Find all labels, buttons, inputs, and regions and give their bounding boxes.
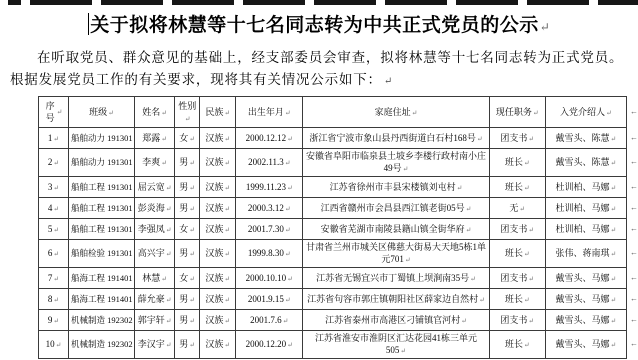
- table-cell: 汉族↵: [200, 289, 236, 310]
- table-row: 2↵船舶动力 191301↵李爽↵男↵汉族↵2002.11.3↵安徽省阜阳市临泉…: [39, 149, 627, 177]
- document-title-row: 关于拟将林慧等十七名同志转为中共正式党员的公示↵: [0, 10, 638, 37]
- cell-end-mark: ↵: [166, 317, 172, 325]
- table-cell: 机械制造 192302↵: [69, 310, 135, 331]
- table-cell: 郑露↵: [135, 128, 175, 149]
- table-row: 4↵船舶工程 191301↵彭炎海↵男↵汉族↵2000.3.12↵江西省赣州市会…: [39, 198, 627, 219]
- table-cell-text: 团支书: [500, 224, 527, 234]
- intro-paragraph: 在听取党员、群众意见的基础上，经支部委员会审查，拟将林慧等十七名同志转为正式党员…: [10, 47, 628, 93]
- cell-end-mark: ↵: [224, 135, 230, 143]
- table-cell-text: 团支书: [500, 315, 527, 325]
- cell-end-mark: ↵: [166, 341, 172, 349]
- cell-end-mark: ↵: [457, 184, 463, 192]
- column-header-label: 家庭住址: [375, 107, 411, 117]
- table-row: 5↵船舶工程 191301↵李强凤↵女↵汉族↵2001.7.30↵安徽省芜湖市南…: [39, 219, 627, 240]
- table-cell-text: 2001.9.15: [248, 294, 284, 304]
- table-cell-text: 李汉宇: [138, 339, 165, 349]
- table-cell-text: 杜训柏、马娜: [555, 224, 609, 234]
- cell-end-mark: ↵: [189, 317, 195, 325]
- column-header-label: 序号: [45, 100, 56, 124]
- table-cell: 屈云宽↵: [135, 177, 175, 198]
- table-cell: 3↵: [39, 177, 69, 198]
- table-cell-text: 1: [48, 133, 53, 143]
- table-cell-text: 戴雪头、马娜: [555, 315, 609, 325]
- table-cell: 船舶工程 191301↵: [69, 198, 135, 219]
- cell-end-mark: ↵: [224, 159, 230, 167]
- table-header: 序号↵班级↵姓名↵性别↵民族↵出生年月↵家庭住址↵现任职务↵入党介绍人↵: [39, 97, 627, 128]
- cell-end-mark: ↵: [610, 159, 616, 167]
- table-cell-text: 2000.10.10: [246, 273, 287, 283]
- row-end-mark: ←: [630, 108, 638, 116]
- document-page[interactable]: 关于拟将林慧等十七名同志转为中共正式党员的公示↵ 在听取党员、群众意见的基础上，…: [0, 0, 638, 360]
- table-cell-text: 李强凤: [138, 224, 165, 234]
- table-cell: 班长↵: [489, 240, 545, 268]
- table-cell: 江苏省泰州市高港区刁铺镇官河村↵: [303, 310, 489, 331]
- table-cell-text: 戴雪头、马娜: [555, 273, 609, 283]
- cell-end-mark: ↵: [189, 205, 195, 213]
- table-cell: 船海工程 191401↵: [69, 289, 135, 310]
- cell-end-mark: ↵: [185, 115, 191, 123]
- table-cell-text: 9: [48, 315, 53, 325]
- table-cell-text: 1999.8.30: [248, 248, 284, 258]
- table-cell-text: 汉族: [205, 224, 223, 234]
- table-cell: 薛允豪↵: [135, 289, 175, 310]
- table-cell-text: 郭宇轩: [138, 315, 165, 325]
- table-cell-text: 2000.12.20: [246, 339, 287, 349]
- cell-end-mark: ↵: [166, 226, 172, 234]
- cell-end-mark: ↵: [224, 296, 230, 304]
- table-cell: 8↵: [39, 289, 69, 310]
- cell-end-mark: ↵: [56, 341, 62, 349]
- intro-paragraph-line2: 根据发展党员工作的有关要求，现将其有关情况公示如下：↵: [10, 69, 628, 93]
- table-cell-text: 高兴宇: [138, 248, 165, 258]
- cell-end-mark: ↵: [285, 250, 291, 258]
- table-cell: 2001.7.6↵: [236, 310, 303, 331]
- table-cell: 男↵: [175, 177, 200, 198]
- table-cell-text: 船舶工程 191301: [71, 203, 133, 213]
- document-title: 关于拟将林慧等十七名同志转为中共正式党员的公示: [90, 15, 539, 36]
- table-cell-text: 男: [179, 203, 188, 213]
- row-end-mark: ←: [630, 295, 638, 303]
- table-cell: 1↵: [39, 128, 69, 149]
- table-cell-text: 女: [179, 133, 188, 143]
- column-header-label: 姓名: [142, 107, 160, 117]
- column-header: 现任职务↵: [489, 97, 545, 128]
- cell-end-mark: ↵: [189, 250, 195, 258]
- table-cell-text: 汉族: [205, 339, 223, 349]
- table-cell: 男↵: [175, 149, 200, 177]
- table-cell: 团支书↵: [489, 219, 545, 240]
- table-cell: 男↵: [175, 310, 200, 331]
- cell-end-mark: ↵: [403, 165, 409, 173]
- table-cell: 戴雪头、马娜↵: [545, 331, 626, 359]
- row-end-mark: ←: [630, 340, 638, 348]
- cell-end-mark: ↵: [287, 275, 293, 283]
- table-cell: 4↵: [39, 198, 69, 219]
- row-end-mark: ←: [630, 249, 638, 257]
- table-cell: 汉族↵: [200, 268, 236, 289]
- column-header: 序号↵: [39, 97, 69, 128]
- cell-end-mark: ↵: [224, 275, 230, 283]
- table-cell-text: 船舶工程 191301: [71, 224, 133, 234]
- paragraph-end-mark: ↵: [384, 76, 392, 87]
- cell-end-mark: ↵: [166, 205, 172, 213]
- cell-end-mark: ↵: [606, 109, 612, 117]
- table-cell: 船舶动力 191301↵: [69, 149, 135, 177]
- cell-end-mark: ↵: [285, 159, 291, 167]
- table-cell: 船舶动力 191301↵: [69, 128, 135, 149]
- table-cell-text: 7: [48, 273, 53, 283]
- cell-end-mark: ↵: [285, 296, 291, 304]
- cell-end-mark: ↵: [161, 135, 167, 143]
- table-cell-text: 2002.11.3: [248, 157, 284, 167]
- column-header: 民族↵: [200, 97, 236, 128]
- table-cell: 2000.12.20↵: [236, 331, 303, 359]
- table-cell: 团支书↵: [489, 310, 545, 331]
- cell-end-mark: ↵: [189, 159, 195, 167]
- cell-end-mark: ↵: [287, 135, 293, 143]
- table-cell-text: 船舶动力 191301: [71, 133, 133, 143]
- table-cell-text: 女: [179, 224, 188, 234]
- table-cell-text: 汉族: [205, 273, 223, 283]
- table-cell: 班长↵: [489, 331, 545, 359]
- table-row: 6↵船舶检验 191301↵高兴宇↵男↵汉族↵1999.8.30↵甘肃省兰州市城…: [39, 240, 627, 268]
- table-body: 1↵船舶动力 191301↵郑露↵女↵汉族↵2000.12.12↵浙江省宁波市象…: [39, 128, 627, 359]
- cell-end-mark: ↵: [610, 275, 616, 283]
- table-cell: 杜训柏、马娜↵: [545, 219, 626, 240]
- cell-end-mark: ↵: [224, 250, 230, 258]
- table-cell: 2000.10.10↵: [236, 268, 303, 289]
- cell-end-mark: ↵: [610, 250, 616, 258]
- table-cell-text: 汉族: [205, 315, 223, 325]
- intro-paragraph-line2-text: 根据发展党员工作的有关要求，现将其有关情况公示如下：: [10, 72, 382, 87]
- table-cell: 船海工程 191401↵: [69, 268, 135, 289]
- cell-end-mark: ↵: [470, 275, 476, 283]
- table-cell: 女↵: [175, 128, 200, 149]
- cell-end-mark: ↵: [524, 159, 530, 167]
- table-cell: 10↵: [39, 331, 69, 359]
- cell-end-mark: ↵: [53, 226, 59, 234]
- announcement-table: 序号↵班级↵姓名↵性别↵民族↵出生年月↵家庭住址↵现任职务↵入党介绍人↵ 1↵船…: [38, 96, 627, 359]
- table-row: 7↵船海工程 191401↵林慧↵女↵汉族↵2000.10.10↵江苏省无锡宜兴…: [39, 268, 627, 289]
- table-cell: 男↵: [175, 289, 200, 310]
- cell-end-mark: ↵: [53, 135, 59, 143]
- column-header: 性别↵: [175, 97, 200, 128]
- table-cell-text: 团支书: [500, 273, 527, 283]
- cell-end-mark: ↵: [166, 296, 172, 304]
- table-cell: 2000.3.12↵: [236, 198, 303, 219]
- table-cell: 杜训柏、马娜↵: [545, 198, 626, 219]
- cell-end-mark: ↵: [610, 317, 616, 325]
- cell-end-mark: ↵: [477, 135, 483, 143]
- table-cell: 高兴宇↵: [135, 240, 175, 268]
- cell-end-mark: ↵: [405, 256, 411, 264]
- table-cell-text: 甘肃省兰州市城关区佛慈大街易大天地5栋1单元701: [306, 242, 486, 264]
- table-cell-text: 戴雪头、马娜: [555, 339, 609, 349]
- table-cell-text: 戴雪头、陈慧: [555, 133, 609, 143]
- cell-end-mark: ↵: [53, 250, 59, 258]
- cell-end-mark: ↵: [400, 347, 406, 355]
- page-top-dash-decoration: [8, 0, 21, 5]
- table-cell: 汉族↵: [200, 198, 236, 219]
- table-cell-text: 班长: [505, 294, 523, 304]
- table-cell: 船舶检验 191301↵: [69, 240, 135, 268]
- table-row: 1↵船舶动力 191301↵郑露↵女↵汉族↵2000.12.12↵浙江省宁波市象…: [39, 128, 627, 149]
- cell-end-mark: ↵: [528, 317, 534, 325]
- table-cell: 浙江省宁波市象山县丹西街道白石村168号↵: [303, 128, 489, 149]
- table-cell-text: 戴雪头、马娜: [555, 294, 609, 304]
- table-cell-text: 安徽省阜阳市临泉县土坡乡李楼行政村南小庄49号: [306, 151, 486, 173]
- cell-end-mark: ↵: [53, 296, 59, 304]
- table-cell-text: 男: [179, 157, 188, 167]
- cell-end-mark: ↵: [53, 159, 59, 167]
- cell-end-mark: ↵: [224, 205, 230, 213]
- cell-end-mark: ↵: [285, 205, 291, 213]
- table-cell: 9↵: [39, 310, 69, 331]
- table-cell: 安徽省芜湖市南陵县籍山镇全街华府↵: [303, 219, 489, 240]
- cell-end-mark: ↵: [189, 135, 195, 143]
- table-row: 3↵船舶工程 191301↵屈云宽↵男↵汉族↵1999.11.23↵江苏省徐州市…: [39, 177, 627, 198]
- cell-end-mark: ↵: [287, 341, 293, 349]
- table-cell: 船舶工程 191301↵: [69, 219, 135, 240]
- cell-end-mark: ↵: [524, 250, 530, 258]
- cell-end-mark: ↵: [283, 317, 289, 325]
- table-cell: 汉族↵: [200, 219, 236, 240]
- cell-end-mark: ↵: [189, 275, 195, 283]
- table-cell-text: 2: [48, 157, 53, 167]
- table-cell-text: 浙江省宁波市象山县丹西街道白石村168号: [309, 133, 476, 143]
- table-cell: 1999.11.23↵: [236, 177, 303, 198]
- table-cell-text: 江苏省泰州市高港区刁铺镇官河村: [325, 315, 460, 325]
- cell-end-mark: ↵: [610, 341, 616, 349]
- row-end-mark: ←: [630, 158, 638, 166]
- column-header-label: 现任职务: [496, 107, 532, 117]
- table-cell: 男↵: [175, 240, 200, 268]
- table-cell: 戴雪头、陈慧↵: [545, 128, 626, 149]
- table-cell-text: 杜训柏、马娜: [555, 203, 609, 213]
- row-end-mark: ←: [630, 183, 638, 191]
- page-top-dashes-decoration: [30, 0, 638, 5]
- table-cell-text: 团支书: [500, 133, 527, 143]
- table-cell-text: 男: [179, 182, 188, 192]
- cell-end-mark: ↵: [524, 341, 530, 349]
- table-cell-text: 4: [48, 203, 53, 213]
- table-cell: 江苏省句容市郭庄镇朝阳社区薛家边自然村↵: [303, 289, 489, 310]
- cell-end-mark: ↵: [610, 135, 616, 143]
- cell-end-mark: ↵: [189, 296, 195, 304]
- column-header-label: 入党介绍人: [560, 107, 605, 117]
- cell-end-mark: ↵: [524, 296, 530, 304]
- table-cell: 女↵: [175, 219, 200, 240]
- table-cell: 班长↵: [489, 177, 545, 198]
- table-cell: 李汉宇↵: [135, 331, 175, 359]
- table-cell: 机械制造 192302↵: [69, 331, 135, 359]
- table-cell: 5↵: [39, 219, 69, 240]
- cell-end-mark: ↵: [285, 109, 291, 117]
- cell-end-mark: ↵: [610, 296, 616, 304]
- cell-end-mark: ↵: [461, 317, 467, 325]
- column-header: 入党介绍人↵: [545, 97, 626, 128]
- cell-end-mark: ↵: [519, 205, 525, 213]
- table-cell-text: 机械制造 192302: [71, 339, 133, 349]
- cell-end-mark: ↵: [224, 184, 230, 192]
- table-cell: 李爽↵: [135, 149, 175, 177]
- table-cell: 戴雪头、马娜↵: [545, 310, 626, 331]
- column-header-label: 班级: [89, 107, 107, 117]
- table-cell-text: 班长: [505, 339, 523, 349]
- cell-end-mark: ↵: [412, 109, 418, 117]
- table-cell-text: 江苏省徐州市丰县宋楼镇刘屯村: [330, 182, 456, 192]
- column-header: 班级↵: [69, 97, 135, 128]
- table-cell-text: 男: [179, 294, 188, 304]
- table-cell: 彭炎海↵: [135, 198, 175, 219]
- table-cell: 甘肃省兰州市城关区佛慈大街易大天地5栋1单元701↵: [303, 240, 489, 268]
- row-end-mark: ←: [630, 316, 638, 324]
- table-cell-text: 汉族: [205, 182, 223, 192]
- cell-end-mark: ↵: [466, 205, 472, 213]
- table-cell-text: 汉族: [205, 294, 223, 304]
- table-cell-text: 船海工程 191401: [71, 294, 133, 304]
- table-cell-text: 江西省赣州市会昌县西江镇老街05号: [321, 203, 465, 213]
- paragraph-end-mark: ↵: [540, 20, 550, 34]
- table-cell: 男↵: [175, 198, 200, 219]
- column-header-label: 民族: [205, 107, 223, 117]
- cell-end-mark: ↵: [533, 109, 539, 117]
- table-cell: 2002.11.3↵: [236, 149, 303, 177]
- table-cell: 杜训柏、马娜↵: [545, 177, 626, 198]
- table-cell: 班长↵: [489, 289, 545, 310]
- table-cell-text: 船舶动力 191301: [71, 157, 133, 167]
- cell-end-mark: ↵: [224, 341, 230, 349]
- cell-end-mark: ↵: [479, 296, 485, 304]
- cell-end-mark: ↵: [53, 184, 59, 192]
- table-cell-text: 林慧: [142, 273, 160, 283]
- cell-end-mark: ↵: [224, 317, 230, 325]
- table-cell-text: 无: [509, 203, 518, 213]
- table-cell-text: 戴雪头、陈慧: [555, 157, 609, 167]
- row-end-mark: ←: [630, 225, 638, 233]
- table-cell-text: 薛允豪: [138, 294, 165, 304]
- cell-end-mark: ↵: [528, 135, 534, 143]
- table-cell: 无↵: [489, 198, 545, 219]
- table-cell: 江西省赣州市会昌县西江镇老街05号↵: [303, 198, 489, 219]
- cell-end-mark: ↵: [224, 109, 230, 117]
- table-cell: 汉族↵: [200, 128, 236, 149]
- table-cell-text: 班长: [505, 182, 523, 192]
- table-cell-text: 船舶检验 191301: [71, 248, 133, 258]
- cell-end-mark: ↵: [189, 184, 195, 192]
- table-cell-text: 10: [46, 339, 55, 349]
- table-cell-text: 8: [48, 294, 53, 304]
- table-cell: 张伟、蒋南琪↵: [545, 240, 626, 268]
- table-cell: 戴雪头、陈慧↵: [545, 149, 626, 177]
- table-cell-text: 屈云宽: [138, 182, 165, 192]
- table-cell-text: 2000.3.12: [248, 203, 284, 213]
- table-cell-text: 汉族: [205, 203, 223, 213]
- table-cell-text: 江苏省句容市郭庄镇朝阳社区薛家边自然村: [307, 294, 478, 304]
- table-cell: 安徽省阜阳市临泉县土坡乡李楼行政村南小庄49号↵: [303, 149, 489, 177]
- table-cell-text: 江苏省淮安市淮阴区汇达花园41栋三单元505: [315, 333, 477, 355]
- table-cell: 1999.8.30↵: [236, 240, 303, 268]
- cell-end-mark: ↵: [528, 226, 534, 234]
- cell-end-mark: ↵: [610, 184, 616, 192]
- table-cell-text: 安徽省芜湖市南陵县籍山镇全街华府: [321, 224, 465, 234]
- table-cell: 戴雪头、马娜↵: [545, 268, 626, 289]
- table-cell-text: 1999.11.23: [246, 182, 286, 192]
- table-cell-text: 船海工程 191401: [71, 273, 133, 283]
- table-cell: 汉族↵: [200, 149, 236, 177]
- table-header-row: 序号↵班级↵姓名↵性别↵民族↵出生年月↵家庭住址↵现任职务↵入党介绍人↵: [39, 97, 627, 128]
- table-cell-text: 男: [179, 248, 188, 258]
- cell-end-mark: ↵: [224, 226, 230, 234]
- table-cell-text: 3: [48, 182, 53, 192]
- cell-end-mark: ↵: [161, 159, 167, 167]
- table-row: 9↵机械制造 192302↵郭宇轩↵男↵汉族↵2001.7.6↵江苏省泰州市高港…: [39, 310, 627, 331]
- row-end-mark: ←: [630, 134, 638, 142]
- table-cell-text: 女: [179, 273, 188, 283]
- table-row: 8↵船海工程 191401↵薛允豪↵男↵汉族↵2001.9.15↵江苏省句容市郭…: [39, 289, 627, 310]
- table-cell-text: 男: [179, 315, 188, 325]
- table-cell: 戴雪头、马娜↵: [545, 289, 626, 310]
- table-cell-text: 汉族: [205, 133, 223, 143]
- table-cell-text: 船舶工程 191301: [71, 182, 133, 192]
- cell-end-mark: ↵: [161, 109, 167, 117]
- table-cell-text: 汉族: [205, 248, 223, 258]
- cell-end-mark: ↵: [53, 275, 59, 283]
- table-cell-text: 彭炎海: [138, 203, 165, 213]
- cell-end-mark: ↵: [466, 226, 472, 234]
- table-cell-text: 杜训柏、马娜: [555, 182, 609, 192]
- table-cell: 李强凤↵: [135, 219, 175, 240]
- cell-end-mark: ↵: [524, 184, 530, 192]
- cell-end-mark: ↵: [528, 275, 534, 283]
- table-cell-text: 张伟、蒋南琪: [555, 248, 609, 258]
- cell-end-mark: ↵: [287, 184, 293, 192]
- cell-end-mark: ↵: [57, 108, 63, 116]
- table-cell: 汉族↵: [200, 331, 236, 359]
- cell-end-mark: ↵: [610, 226, 616, 234]
- table-cell: 2↵: [39, 149, 69, 177]
- table-cell: 7↵: [39, 268, 69, 289]
- table-cell-text: 男: [179, 339, 188, 349]
- table-cell-text: 机械制造 192302: [71, 315, 133, 325]
- table-cell: 林慧↵: [135, 268, 175, 289]
- table-cell: 2000.12.12↵: [236, 128, 303, 149]
- table-cell: 女↵: [175, 268, 200, 289]
- cell-end-mark: ↵: [53, 317, 59, 325]
- cell-end-mark: ↵: [161, 275, 167, 283]
- table-cell: 江苏省无锡宜兴市丁蜀镇上坝涧南35号↵: [303, 268, 489, 289]
- table-cell: 团支书↵: [489, 128, 545, 149]
- table-cell-text: 2001.7.6: [250, 315, 282, 325]
- table-cell-text: 6: [48, 248, 53, 258]
- table-cell-text: 2001.7.30: [248, 224, 284, 234]
- column-header: 家庭住址↵: [303, 97, 489, 128]
- column-header-label: 出生年月: [248, 107, 284, 117]
- column-header-label: 性别: [178, 101, 196, 111]
- table-cell: 江苏省淮安市淮阴区汇达花园41栋三单元505↵: [303, 331, 489, 359]
- table-cell-text: 郑露: [142, 133, 160, 143]
- table-cell: 汉族↵: [200, 310, 236, 331]
- table-cell: 团支书↵: [489, 268, 545, 289]
- cell-end-mark: ↵: [189, 341, 195, 349]
- table-cell-text: 2000.12.12: [246, 133, 287, 143]
- table-cell: 2001.9.15↵: [236, 289, 303, 310]
- cell-end-mark: ↵: [285, 226, 291, 234]
- column-header: 出生年月↵: [236, 97, 303, 128]
- row-end-mark: ←: [630, 274, 638, 282]
- row-end-mark: ←: [630, 204, 638, 212]
- table-cell: 汉族↵: [200, 240, 236, 268]
